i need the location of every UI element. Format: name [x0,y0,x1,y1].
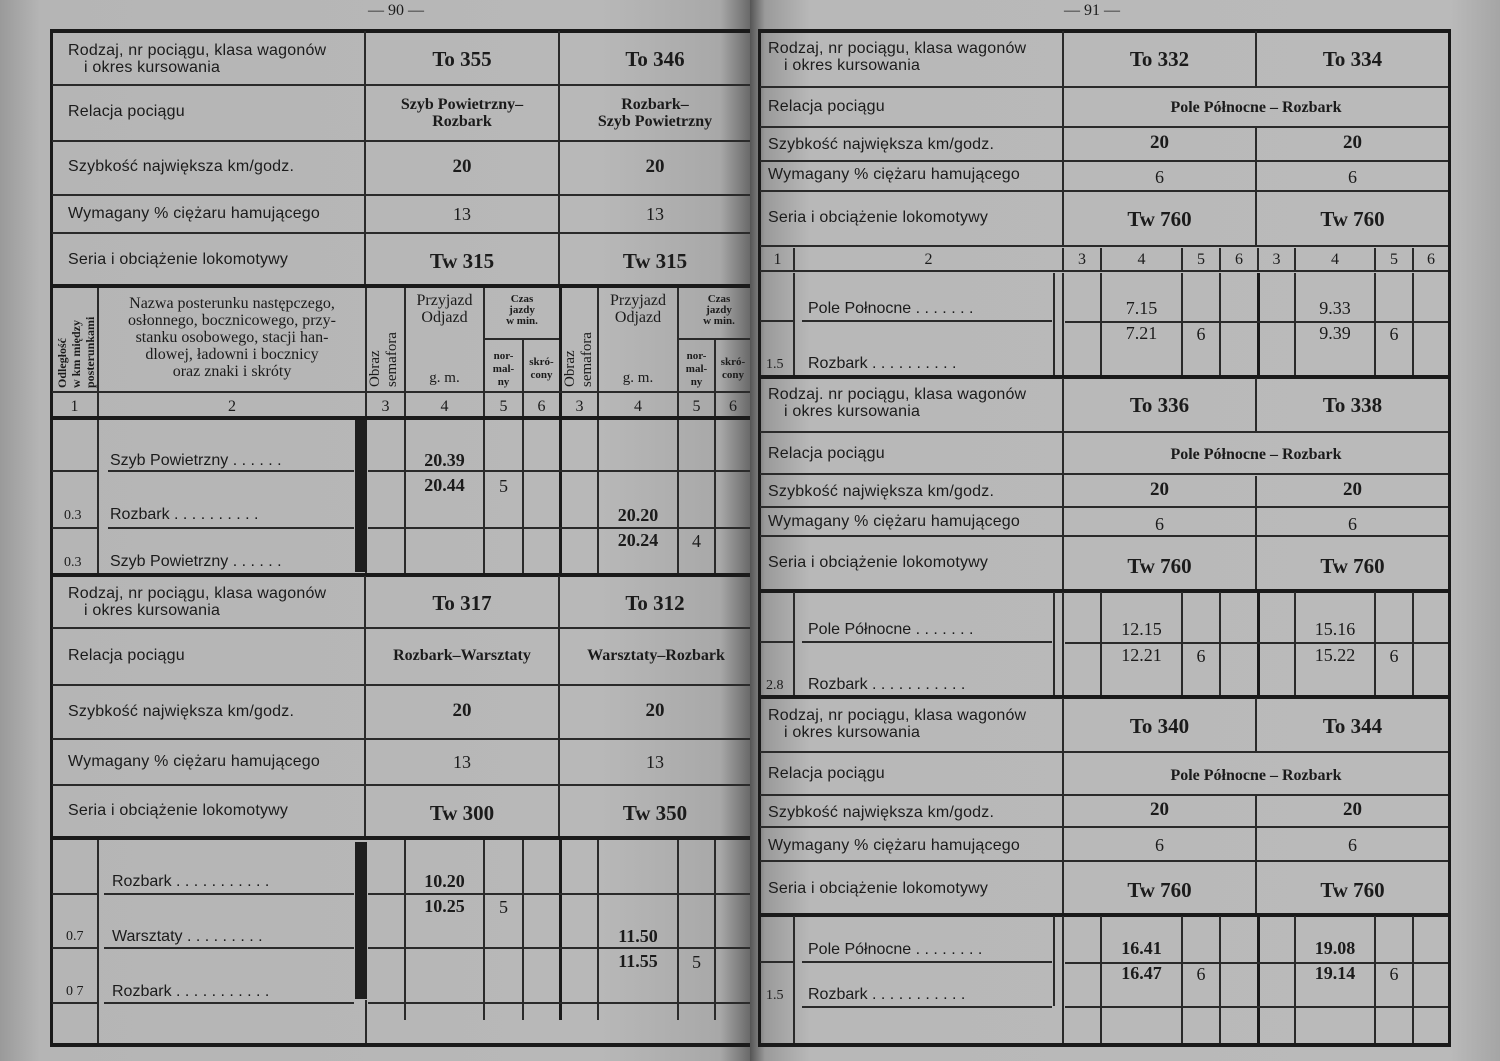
table-top-border [758,29,1451,33]
divider [1219,916,1221,1043]
header-line: Nazwa posterunku następczego, [100,295,364,312]
divider [1053,916,1055,1006]
label-line: Rodzaj, nr pociągu, klasa wagonów [768,707,1026,724]
train-number: To 338 [1257,393,1448,418]
label-line: Rodzaj. nr pociągu, klasa wagonów [768,386,1026,403]
divider [52,947,97,949]
header-line: Obraz [562,332,579,387]
arrival-time: 15.16 [1296,619,1374,640]
semaphore-bar [355,842,367,999]
label-relation: Relacja pociągu [768,98,885,115]
divider [1062,592,1064,696]
label-train-kind: Rodzaj, nr pociągu, klasa wagonów i okre… [768,707,1026,741]
header-line: Odległość [55,317,69,388]
header-line: ny [679,376,714,389]
header-line: oraz znaki i skróty [100,363,364,380]
header-shortened: skró- cony [524,356,559,382]
divider [760,794,1448,796]
divider [760,826,1448,828]
label-relation: Relacja pociągu [768,765,885,782]
divider [52,784,750,786]
header-run-time: Czas jazdy w min. [679,294,759,327]
label-train-kind: Rodzaj, nr pociągu, klasa wagonów i okre… [68,42,326,76]
braking-value: 6 [1064,514,1255,535]
header-line: cony [716,369,750,382]
page-number: — 91 — [1064,2,1120,20]
train-number: To 336 [1064,393,1255,418]
divider [1257,273,1260,376]
loco-value: Tw 350 [560,801,750,826]
speed-value: 20 [560,700,750,722]
divider [365,1000,367,1043]
label-train-kind: Rodzaj. nr pociągu, klasa wagonów i okre… [768,386,1026,420]
table-bottom-border [758,1043,1451,1047]
divider [522,840,524,1020]
train-relation: Pole Północne – Rozbark [1064,99,1448,116]
divider [1294,592,1296,696]
station-km: 2.8 [766,678,784,694]
divider [368,527,750,529]
speed-value: 20 [366,700,558,722]
run-minutes: 5 [679,952,714,973]
train-relation: Rozbark–Warsztaty [366,647,558,664]
departure-time: 12.21 [1102,645,1181,666]
divider [52,140,750,142]
train-number: To 355 [366,47,558,72]
label-loco: Seria i obciążenie lokomotywy [68,802,288,819]
train-number: To 344 [1257,714,1448,739]
label-loco: Seria i obciążenie lokomotywy [768,209,988,226]
braking-value: 13 [560,752,750,773]
station-name: Rozbark . . . . . . . . . . [808,355,956,373]
arrival-time: 10.20 [406,871,483,892]
station-km: 0.3 [64,555,82,571]
divider [802,641,1052,643]
divider [760,190,1448,192]
departure-time: 20.44 [406,475,483,496]
arrival-time: 9.33 [1296,298,1374,319]
run-minutes: 6 [1183,646,1219,667]
divider [1100,592,1102,696]
column-number: 5 [1376,251,1412,269]
divider [802,320,1052,322]
header-line: nor- [679,350,714,363]
column-number: 2 [99,398,365,416]
label-line: Rodzaj, nr pociągu, klasa wagonów [68,42,326,59]
column-number: 6 [1414,251,1448,269]
divider [52,627,750,629]
header-line: Przyjazd [599,292,677,309]
page-number: — 90 — [368,2,424,20]
run-minutes: 6 [1376,324,1412,345]
arrival-time: 16.41 [1102,938,1181,959]
run-minutes: 4 [679,531,714,552]
label-line: Rodzaj, nr pociągu, klasa wagonów [768,40,1026,57]
header-line: w min. [679,316,759,327]
header-line: skró- [524,356,559,369]
divider [793,916,795,1043]
header-line: stanku osobowego, stacji han- [100,329,364,346]
station-name: Rozbark . . . . . . . . . . . [808,986,965,1004]
label-speed: Szybkość największa km/godz. [68,158,294,175]
departure-time: 11.55 [599,951,677,972]
station-name: Pole Północne . . . . . . . . [808,941,982,959]
divider [760,751,1448,753]
header-station-name: Nazwa posterunku następczego, osłonnego,… [100,295,364,380]
page-91: — 91 — Rodzaj, nr pociągu, klasa wagonów… [750,0,1500,1061]
station-km: 0.3 [64,508,82,524]
label-line: i okres kursowania [768,724,1026,741]
label-loco: Seria i obciążenie lokomotywy [68,251,288,268]
divider [484,338,559,340]
divider [760,860,1448,862]
label-braking: Wymagany % ciężaru hamującego [68,753,320,770]
divider [1412,916,1414,1043]
departure-time: 10.25 [406,896,483,917]
label-speed: Szybkość największa km/godz. [768,804,994,821]
station-name: Pole Północne . . . . . . . [808,621,973,639]
divider [1062,273,1064,376]
header-line: skró- [716,356,750,369]
divider [1053,273,1055,376]
column-number: 4 [599,398,677,416]
divider [677,840,679,1020]
column-number: 4 [1102,251,1181,269]
relation-line: Rozbark– [560,96,750,113]
braking-value: 13 [560,204,750,225]
divider [1062,916,1064,1043]
divider [1181,592,1183,696]
divider [760,126,1448,128]
divider [760,589,1448,593]
arrival-time: 12.15 [1102,619,1181,640]
label-relation: Relacja pociągu [68,647,185,664]
train-relation: Warsztaty–Rozbark [560,647,752,664]
header-line: mal- [679,363,714,376]
divider [1065,642,1448,644]
header-line: nor- [485,350,522,363]
label-line: i okres kursowania [768,57,1026,74]
divider [714,840,716,1020]
header-run-time: Czas jazdy w min. [485,294,559,327]
header-signal: Obraz semafora [367,332,401,387]
station-name: Rozbark . . . . . . . . . . . [112,873,269,891]
train-number: To 346 [560,47,750,72]
column-number: 3 [367,398,404,416]
header-normal: nor- mal- ny [679,350,714,389]
arrival-time: 20.39 [406,450,483,471]
column-number: 4 [406,398,483,416]
column-number: 6 [1221,251,1257,269]
table-bottom-border [50,1043,750,1047]
train-relation: Rozbark– Szyb Powietrzny [560,96,750,130]
divider [52,684,750,686]
column-number: 3 [1259,251,1294,269]
departure-time: 16.47 [1102,963,1181,984]
column-number: 1 [762,251,793,269]
relation-line: Szyb Powietrzny– [366,96,558,113]
table-right-border [1448,29,1451,1046]
divider [108,527,354,529]
divider [52,738,750,740]
divider [760,473,1448,475]
header-line: w km między [69,317,83,388]
header-hm: g. m. [406,370,483,387]
label-line: Rodzaj, nr pociągu, klasa wagonów [68,585,326,602]
divider [52,391,750,393]
divider [404,840,406,1020]
header-signal: Obraz semafora [562,332,596,387]
divider [483,288,485,575]
divider [760,270,1448,272]
divider [483,840,485,1020]
divider [1412,592,1414,696]
station-km: 0 7 [66,984,84,1000]
header-line: semafora [579,332,596,387]
speed-value: 20 [1257,132,1448,154]
station-name: Warsztaty . . . . . . . . . [112,928,263,946]
header-arr-dep: Przyjazd Odjazd [406,292,483,326]
divider [368,947,750,949]
train-relation: Szyb Powietrzny– Rozbark [366,96,558,130]
divider [1219,592,1221,696]
header-line: Obraz [367,332,384,387]
label-loco: Seria i obciążenie lokomotywy [768,554,988,571]
divider [802,961,1052,963]
speed-value: 20 [1257,799,1448,821]
departure-time: 20.24 [599,530,677,551]
train-number: To 317 [366,591,558,616]
label-speed: Szybkość największa km/godz. [768,483,994,500]
departure-time: 15.22 [1296,645,1374,666]
header-hm: g. m. [599,370,677,387]
divider [104,1002,354,1004]
label-line: i okres kursowania [68,59,326,76]
loco-value: Tw 760 [1257,878,1448,903]
relation-line: Szyb Powietrzny [560,113,750,130]
station-name: Rozbark . . . . . . . . . . . [808,676,965,694]
station-name: Pole Połnocne . . . . . . . [808,300,973,318]
divider [1219,273,1221,376]
train-number: To 332 [1064,47,1255,72]
divider [52,416,750,420]
semaphore-bar [355,420,367,572]
label-braking: Wymagany % ciężaru hamującego [768,513,1020,530]
header-line: ny [485,376,522,389]
table-top-border [50,29,750,33]
divider [559,840,562,1020]
column-number: 5 [485,398,522,416]
speed-value: 20 [366,156,558,178]
speed-value: 20 [560,156,750,178]
run-minutes: 6 [1183,964,1219,985]
train-relation: Pole Północne – Rozbark [1064,767,1448,784]
run-minutes: 5 [485,476,522,497]
column-number: 4 [1296,251,1374,269]
divider [1257,592,1260,696]
departure-time: 7.21 [1102,323,1181,344]
braking-value: 6 [1257,514,1448,535]
divider [52,470,97,472]
braking-value: 6 [1064,167,1255,188]
header-arr-dep: Przyjazd Odjazd [599,292,677,326]
divider [760,245,1448,247]
speed-value: 20 [1257,479,1448,501]
label-line: i okres kursowania [768,403,1026,420]
divider [760,375,1448,379]
divider [760,86,1448,88]
run-minutes: 6 [1376,646,1412,667]
divider [1374,592,1376,696]
label-line: i okres kursowania [68,602,326,619]
train-number: To 312 [560,591,750,616]
braking-value: 13 [366,752,558,773]
speed-value: 20 [1064,799,1255,821]
loco-value: Tw 315 [366,249,558,274]
divider [760,431,1448,433]
divider [760,320,793,322]
departure-time: 9.39 [1296,323,1374,344]
label-relation: Relacja pociągu [768,445,885,462]
divider [760,961,793,963]
divider [793,273,795,376]
header-line: semafora [384,332,401,387]
label-braking: Wymagany % ciężaru hamującego [768,837,1020,854]
arrival-time: 11.50 [599,926,677,947]
divider [104,893,354,895]
label-train-kind: Rodzaj, nr pociągu, klasa wagonów i okre… [68,585,326,619]
arrival-time: 20.20 [599,505,677,526]
divider [760,506,1448,508]
run-minutes: 5 [485,897,522,918]
braking-value: 13 [366,204,558,225]
divider [368,893,750,895]
divider [97,840,99,1043]
divider [52,84,750,86]
station-name: Rozbark . . . . . . . . . . [110,506,258,524]
braking-value: 6 [1257,167,1448,188]
table-left-border [758,29,761,1046]
header-line: posterunkami [83,317,97,388]
divider [760,535,1448,537]
divider [52,527,97,529]
header-line: cony [524,369,559,382]
column-number: 1 [52,398,97,416]
label-relation: Relacja pociągu [68,103,185,120]
divider [52,194,750,196]
header-line: mal- [485,363,522,376]
column-number: 5 [1183,251,1219,269]
train-number: To 334 [1257,47,1448,72]
divider [97,288,99,575]
arrival-time: 7.15 [1102,298,1181,319]
divider [760,913,1448,917]
relation-line: Rozbark [366,113,558,130]
column-number: 3 [1064,251,1100,269]
divider [52,284,750,288]
header-normal: nor- mal- ny [485,350,522,389]
divider [1257,916,1260,1043]
page-90: — 90 — Rodzaj, nr pociągu, klasa wagonów… [0,0,750,1061]
speed-value: 20 [1064,132,1255,154]
braking-value: 6 [1064,835,1255,856]
divider [404,288,406,575]
header-line: Odjazd [406,309,483,326]
speed-value: 20 [1064,479,1255,501]
header-distance: Odległość w km między posterunkami [55,317,97,388]
divider [802,1006,1052,1008]
header-shortened: skró- cony [716,356,750,382]
column-number: 6 [524,398,559,416]
divider [52,836,750,840]
divider [52,893,97,895]
column-number: 5 [679,398,714,416]
loco-value: Tw 315 [560,249,750,274]
loco-value: Tw 760 [1064,207,1255,232]
station-km: 0.7 [66,929,84,945]
arrival-time: 19.08 [1296,938,1374,959]
divider [793,592,795,696]
station-name: Szyb Powietrzny . . . . . . [110,553,282,571]
loco-value: Tw 760 [1257,207,1448,232]
header-line: w min. [485,316,559,327]
label-loco: Seria i obciążenie lokomotywy [768,880,988,897]
divider [1412,273,1414,376]
loco-value: Tw 300 [366,801,558,826]
braking-value: 6 [1257,835,1448,856]
loco-value: Tw 760 [1257,554,1448,579]
divider [1053,592,1055,696]
header-line: dlowej, ładowni i bocznicy [100,346,364,363]
divider [760,695,1448,699]
label-braking: Wymagany % ciężaru hamującego [768,166,1020,183]
divider [368,1002,750,1004]
label-speed: Szybkość największa km/godz. [768,136,994,153]
divider [108,470,354,472]
label-braking: Wymagany % ciężaru hamującego [68,205,320,222]
departure-time: 19.14 [1296,963,1374,984]
divider [1065,1006,1448,1008]
header-line: Odjazd [599,309,677,326]
station-name: Rozbark . . . . . . . . . . . [112,983,269,1001]
loco-value: Tw 760 [1064,878,1255,903]
divider [52,1002,97,1004]
divider [760,641,793,643]
train-number: To 340 [1064,714,1255,739]
station-name: Szyb Powietrzny . . . . . . [110,452,282,470]
divider [104,947,354,949]
train-relation: Pole Północne – Rozbark [1064,446,1448,463]
header-line: osłonnego, bocznicowego, przy- [100,312,364,329]
divider [760,160,1448,162]
header-line: Przyjazd [406,292,483,309]
column-number: 3 [562,398,597,416]
label-train-kind: Rodzaj, nr pociągu, klasa wagonów i okre… [768,40,1026,74]
divider [52,232,750,234]
station-km: 1.5 [766,357,784,373]
run-minutes: 6 [1376,964,1412,985]
divider [52,573,750,577]
run-minutes: 6 [1183,324,1219,345]
column-number: 2 [795,251,1062,269]
label-speed: Szybkość największa km/godz. [68,703,294,720]
loco-value: Tw 760 [1064,554,1255,579]
divider [678,338,750,340]
station-km: 1.5 [766,988,784,1004]
column-number: 6 [716,398,750,416]
